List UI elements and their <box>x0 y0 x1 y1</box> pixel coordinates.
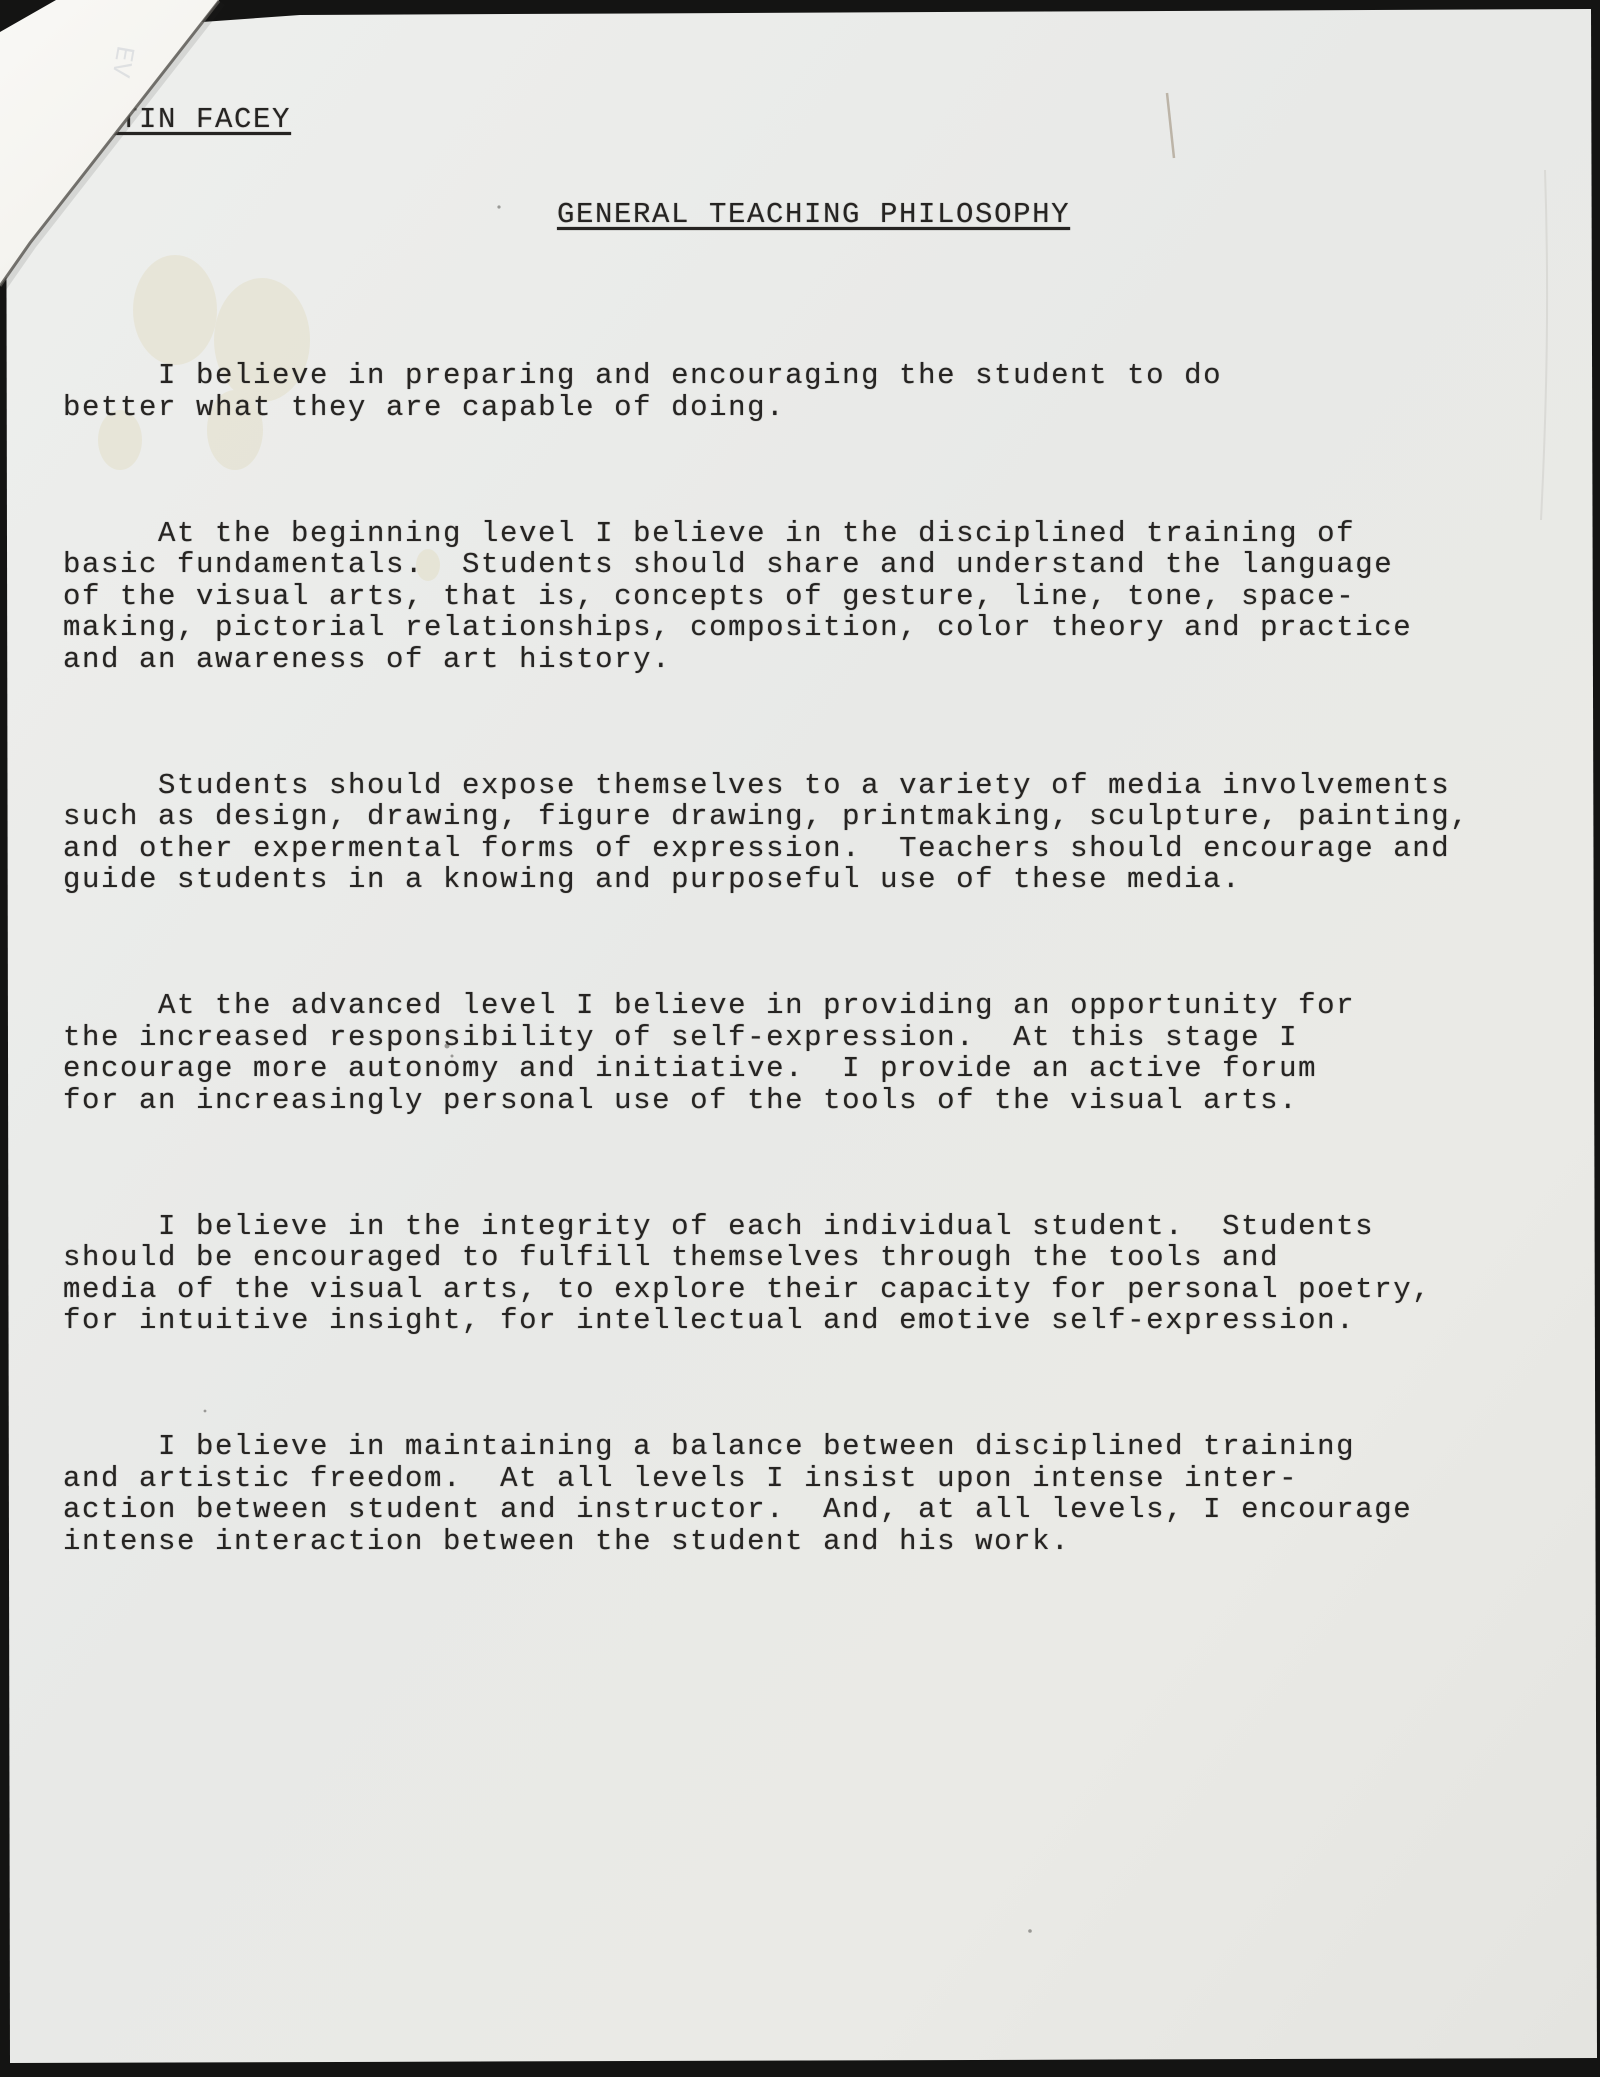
document-body: I believe in preparing and encouraging t… <box>63 297 1553 1652</box>
scanned-document-photo: MARTIN FACEY GENERAL TEACHING PHILOSOPHY… <box>0 0 1600 2077</box>
paragraph: At the beginning level I believe in the … <box>63 518 1553 676</box>
paragraph: Students should expose themselves to a v… <box>63 770 1553 896</box>
paragraph: I believe in the integrity of each indiv… <box>63 1211 1553 1337</box>
document-title: GENERAL TEACHING PHILOSOPHY <box>557 199 1070 231</box>
document-page: MARTIN FACEY GENERAL TEACHING PHILOSOPHY… <box>0 0 1600 2077</box>
author-name: MARTIN FACEY <box>63 104 291 136</box>
paragraph: I believe in maintaining a balance betwe… <box>63 1431 1553 1557</box>
paragraph: I believe in preparing and encouraging t… <box>63 360 1553 423</box>
paragraph: At the advanced level I believe in provi… <box>63 990 1553 1116</box>
